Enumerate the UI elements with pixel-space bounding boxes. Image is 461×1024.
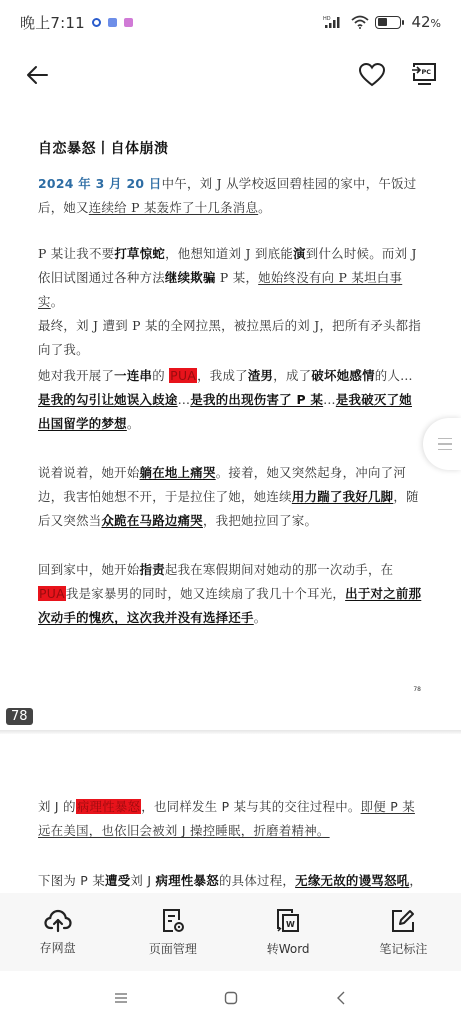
paragraph: 2024 年 3 月 20 日中午，刘 J 从学校返回碧桂园的家中，午饭过后，她… [38,172,424,220]
paragraph: 回到家中，她开始指责起我在寒假期间对她动的那一次动手，在 PUA我是家暴男的同时… [38,558,424,630]
app-notification-icon [108,18,117,27]
recent-apps-button[interactable] [111,988,131,1008]
highlighted-text: 病理性暴怒 [76,799,141,814]
note-edit-icon [390,908,416,934]
cellular-signal-icon: HD [323,15,345,29]
top-bar: PC [0,50,461,100]
bottom-toolbar: 存网盘 页面管理 W 转Word 笔记标注 [0,893,461,971]
app-notification-icon [124,18,133,27]
wifi-icon [351,15,369,29]
paragraph: 下图为 P 某遭受刘 J 病理性暴怒的具体过程，无缘无故的谩骂怒吼，情 [38,869,424,893]
page-manage-button[interactable]: 页面管理 [128,908,218,957]
paragraph: 刘 J 的病理性暴怒，也同样发生 P 某与其的交往过程中。即便 P 某远在美国，… [38,795,424,843]
battery-percent: 42% [411,13,441,31]
send-to-pc-button[interactable]: PC [409,60,439,90]
note-annotate-button[interactable]: 笔记标注 [358,908,448,957]
word-convert-icon: W [275,908,301,934]
paragraph: 说着说着，她开始躺在地上痛哭。接着，她又突然起身，冲向了河边，我害怕她想不开，于… [38,461,424,533]
current-page-badge: 78 [6,708,33,725]
back-icon [336,991,346,1005]
system-back-button[interactable] [331,988,351,1008]
svg-text:PC: PC [422,68,432,76]
favorite-button[interactable] [357,60,387,90]
svg-text:W: W [286,920,295,929]
back-button[interactable] [22,60,52,90]
monitor-pc-icon: PC [411,62,437,88]
status-time: 晚上7:11 [20,12,85,33]
home-button[interactable] [221,988,241,1008]
paragraph: 她对我开展了一连串的 PUA，我成了渣男，成了破坏她感情的人…是我的勾引让她误入… [38,364,424,436]
cloud-upload-icon [44,909,72,933]
page-divider [0,730,461,734]
status-bar: 晚上7:11 HD 42% [0,0,461,44]
menu-icon [114,992,128,1004]
page-footer-number: 78 [413,686,421,693]
highlighted-text: PUA [169,368,197,383]
svg-text:HD: HD [323,16,331,22]
side-drawer-handle[interactable] [423,418,461,470]
heart-icon [359,63,385,87]
convert-to-word-button[interactable]: W 转Word [243,908,333,957]
home-icon [224,991,238,1005]
document-heading: 自恋暴怒丨自体崩溃 [38,138,169,158]
paragraph: P 某让我不要打草惊蛇，他想知道刘 J 到底能演到什么时候。而刘 J 依旧试图通… [38,242,424,362]
system-nav-bar [0,971,461,1024]
page-manage-icon [160,908,186,934]
save-to-cloud-button[interactable]: 存网盘 [13,909,103,956]
notification-icon [92,18,101,27]
highlighted-text: PUA [38,586,66,601]
arrow-left-icon [25,65,49,85]
battery-icon [375,16,401,29]
